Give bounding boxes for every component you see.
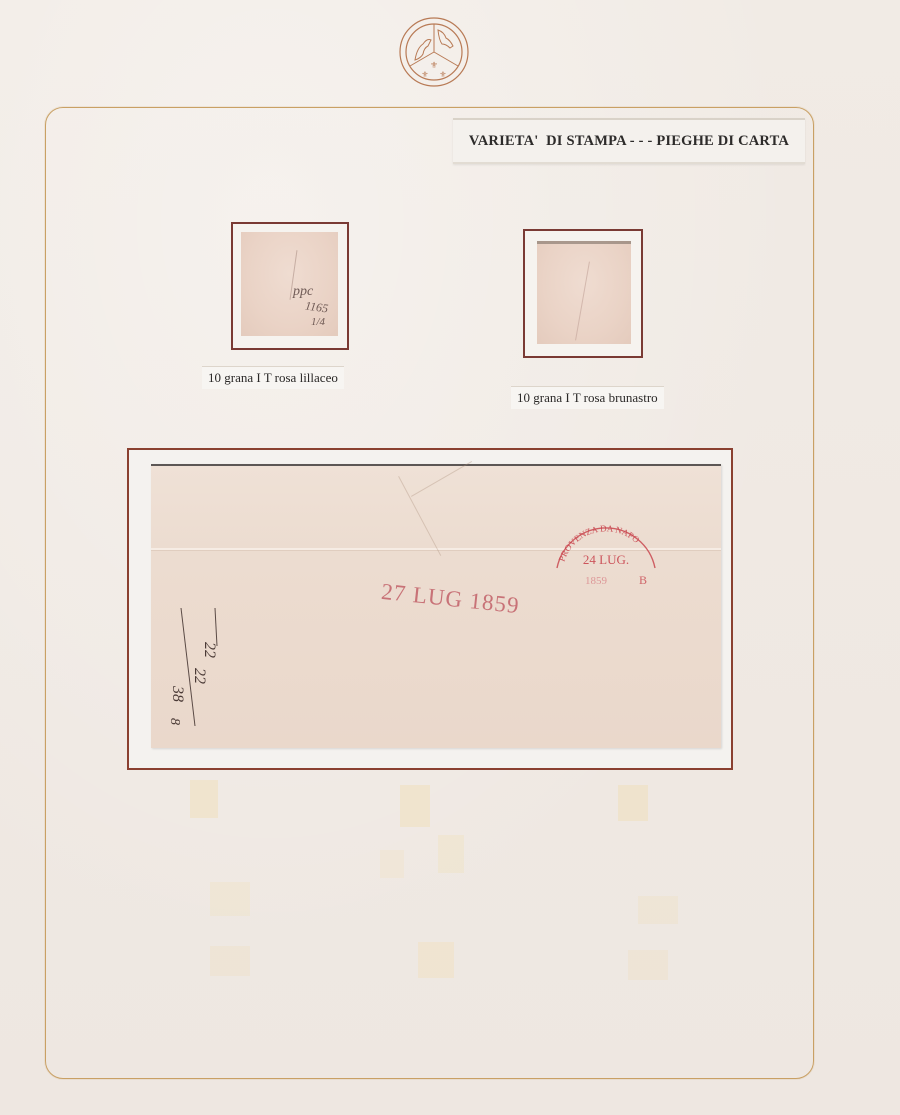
hinge-mark [418, 942, 454, 978]
svg-text:⚜: ⚜ [421, 70, 428, 79]
postal-cover: PROVENZA DA NAPO 24 LUG. 1859 B 27 LUG 1… [151, 464, 721, 748]
hinge-mark [438, 835, 464, 873]
stamp-2 [537, 241, 631, 344]
svg-text:⚜: ⚜ [439, 70, 446, 79]
stamp-caption-2: 10 grana I T rosa brunastro [511, 386, 664, 409]
pencil-note-1: ppc [293, 284, 313, 300]
svg-text:22: 22 [201, 642, 218, 658]
svg-text:⚜: ⚜ [430, 61, 438, 71]
red-cancel-date: 24 LUG. [583, 552, 629, 567]
stamp-1: ppc 1165 1/4 [241, 232, 338, 336]
arrival-date-cancel: 27 LUG 1859 [380, 579, 521, 619]
hinge-mark [190, 780, 218, 818]
trinacria-crest-icon: ⚜ ⚜ ⚜ [398, 16, 470, 88]
stamp-mount-1: ppc 1165 1/4 [231, 222, 349, 350]
hinge-mark [628, 950, 668, 980]
svg-text:B: B [639, 573, 647, 586]
hinge-mark [618, 785, 648, 821]
svg-text:38: 38 [169, 685, 186, 702]
page-title-label: VARIETA' DI STAMPA - - - PIEGHE DI CARTA [453, 118, 805, 164]
page-title: VARIETA' DI STAMPA - - - PIEGHE DI CARTA [469, 133, 789, 150]
red-cancel-year: 1859 [585, 575, 608, 586]
svg-text:8: 8 [167, 718, 182, 725]
pencil-note-3: 1/4 [311, 316, 325, 328]
stamp-mount-2 [523, 229, 643, 358]
hinge-mark [638, 896, 678, 924]
svg-text:22: 22 [191, 668, 208, 684]
pencil-note-2: 1165 [304, 298, 329, 316]
hinge-mark [210, 946, 250, 976]
hinge-mark [400, 785, 430, 827]
hinge-mark [380, 850, 404, 878]
hinge-mark [210, 882, 250, 916]
manuscript-markings: 38 22 22 8 [159, 606, 229, 726]
cover-mount: PROVENZA DA NAPO 24 LUG. 1859 B 27 LUG 1… [127, 448, 733, 770]
red-oval-cancel-icon: PROVENZA DA NAPO 24 LUG. 1859 B [551, 506, 661, 586]
stamp-caption-1: 10 grana I T rosa lillaceo [202, 366, 344, 389]
